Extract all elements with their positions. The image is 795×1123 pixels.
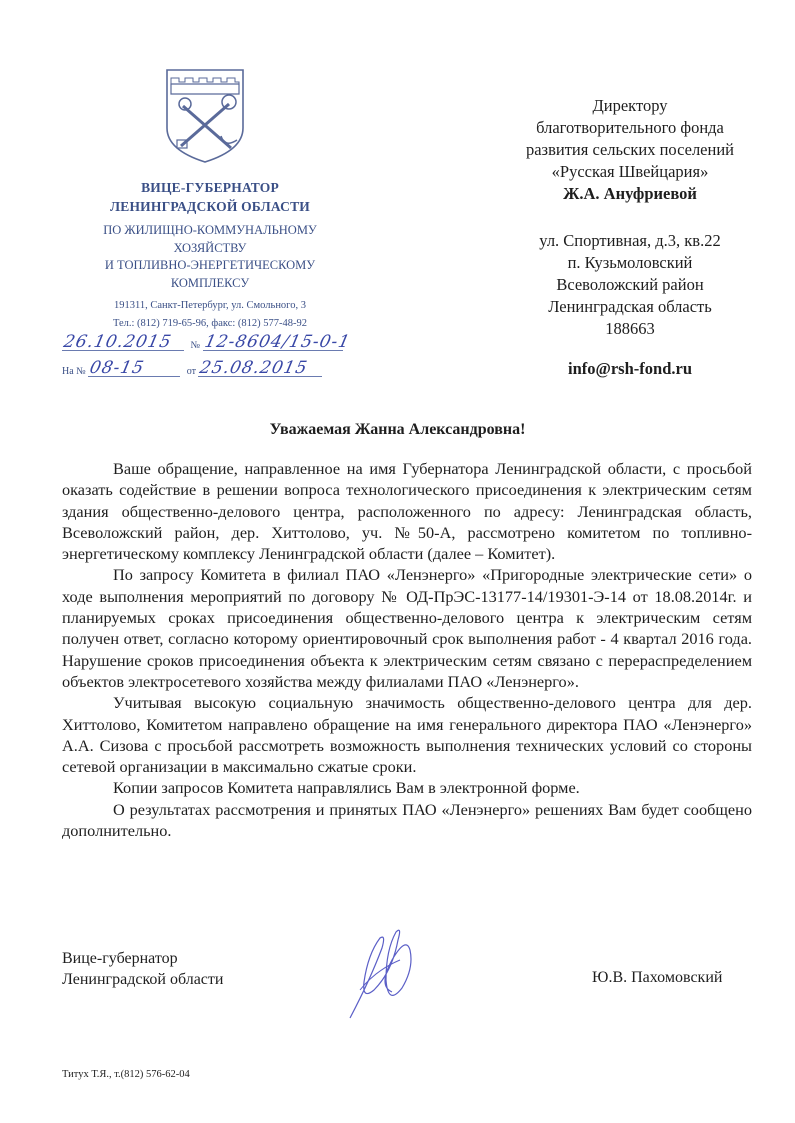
outgoing-date-field: 26.10.2015 (62, 334, 184, 351)
issuer-department-line: КОМПЛЕКСУ (60, 275, 360, 293)
recipient-address-line: Всеволожский район (490, 274, 770, 296)
issuer-department: ПО ЖИЛИЩНО-КОММУНАЛЬНОМУ ХОЗЯЙСТВУ И ТОП… (60, 222, 360, 292)
reply-to-date-field: 25.08.2015 (198, 360, 322, 377)
body-paragraph: Ваше обращение, направленное на имя Губе… (62, 458, 752, 564)
signer-position-line: Ленинградской области (62, 969, 223, 990)
signer-position: Вице-губернатор Ленинградской области (62, 948, 223, 990)
handwritten-signature-icon (340, 920, 430, 1020)
recipient-line: благотворительного фонда (490, 117, 770, 139)
issuer-contacts: 191311, Санкт-Петербург, ул. Смольного, … (60, 297, 360, 333)
number-label: № (191, 340, 201, 351)
issuer-department-line: И ТОПЛИВНО-ЭНЕРГЕТИЧЕСКОМУ (60, 257, 360, 275)
issuer-title-line: ЛЕНИНГРАДСКОЙ ОБЛАСТИ (60, 197, 360, 216)
body-paragraph: О результатах рассмотрения и принятых ПА… (62, 799, 752, 842)
outgoing-date: 26.10.2015 (62, 332, 174, 352)
issuer-department-line: ПО ЖИЛИЩНО-КОММУНАЛЬНОМУ (60, 222, 360, 240)
reply-registration-row: На № 08-15 от 25.08.2015 (62, 360, 322, 377)
letter-body: Ваше обращение, направленное на имя Губе… (62, 458, 752, 841)
from-label: от (187, 366, 196, 377)
outgoing-number: 12-8604/15-0-1 (202, 332, 351, 352)
recipient-postal-code: 188663 (490, 318, 770, 340)
outgoing-registration-row: 26.10.2015 № 12-8604/15-0-1 (62, 334, 343, 351)
reply-to-number: 08-15 (88, 358, 146, 378)
executor-contact: Титух Т.Я., т.(812) 576-62-04 (62, 1069, 190, 1080)
issuer-address: 191311, Санкт-Петербург, ул. Смольного, … (60, 297, 360, 315)
signer-name: Ю.В. Пахомовский (592, 969, 722, 987)
issuer-title-line: ВИЦЕ-ГУБЕРНАТОР (60, 178, 360, 197)
body-paragraph: Копии запросов Комитета направлялись Вам… (62, 777, 752, 798)
issuer-title: ВИЦЕ-ГУБЕРНАТОР ЛЕНИНГРАДСКОЙ ОБЛАСТИ (60, 178, 360, 216)
signer-position-line: Вице-губернатор (62, 948, 223, 969)
recipient-email: info@rsh-fond.ru (568, 359, 692, 378)
outgoing-number-field: 12-8604/15-0-1 (203, 334, 343, 351)
recipient-address-line: Ленинградская область (490, 296, 770, 318)
recipient-block: Директору благотворительного фонда разви… (490, 95, 770, 205)
recipient-line: развития сельских поселений (490, 139, 770, 161)
recipient-line: Директору (490, 95, 770, 117)
issuer-phones: Тел.: (812) 719-65-96, факс: (812) 577-4… (60, 315, 360, 333)
recipient-address: ул. Спортивная, д.3, кв.22 п. Кузьмоловс… (490, 230, 770, 340)
body-paragraph: По запросу Комитета в филиал ПАО «Ленэне… (62, 564, 752, 692)
recipient-email-row: info@rsh-fond.ru (490, 358, 770, 380)
recipient-address-line: п. Кузьмоловский (490, 252, 770, 274)
body-paragraph: Учитывая высокую социальную значимость о… (62, 692, 752, 777)
recipient-name: Ж.А. Ануфриевой (563, 184, 697, 203)
coat-of-arms-icon (163, 66, 247, 164)
reply-to-label: На № (62, 366, 86, 377)
salutation: Уважаемая Жанна Александровна! (0, 421, 795, 439)
issuer-department-line: ХОЗЯЙСТВУ (60, 240, 360, 258)
reply-to-date: 25.08.2015 (198, 358, 310, 378)
recipient-line: «Русская Швейцария» (490, 161, 770, 183)
reply-to-number-field: 08-15 (88, 360, 180, 377)
recipient-address-line: ул. Спортивная, д.3, кв.22 (490, 230, 770, 252)
